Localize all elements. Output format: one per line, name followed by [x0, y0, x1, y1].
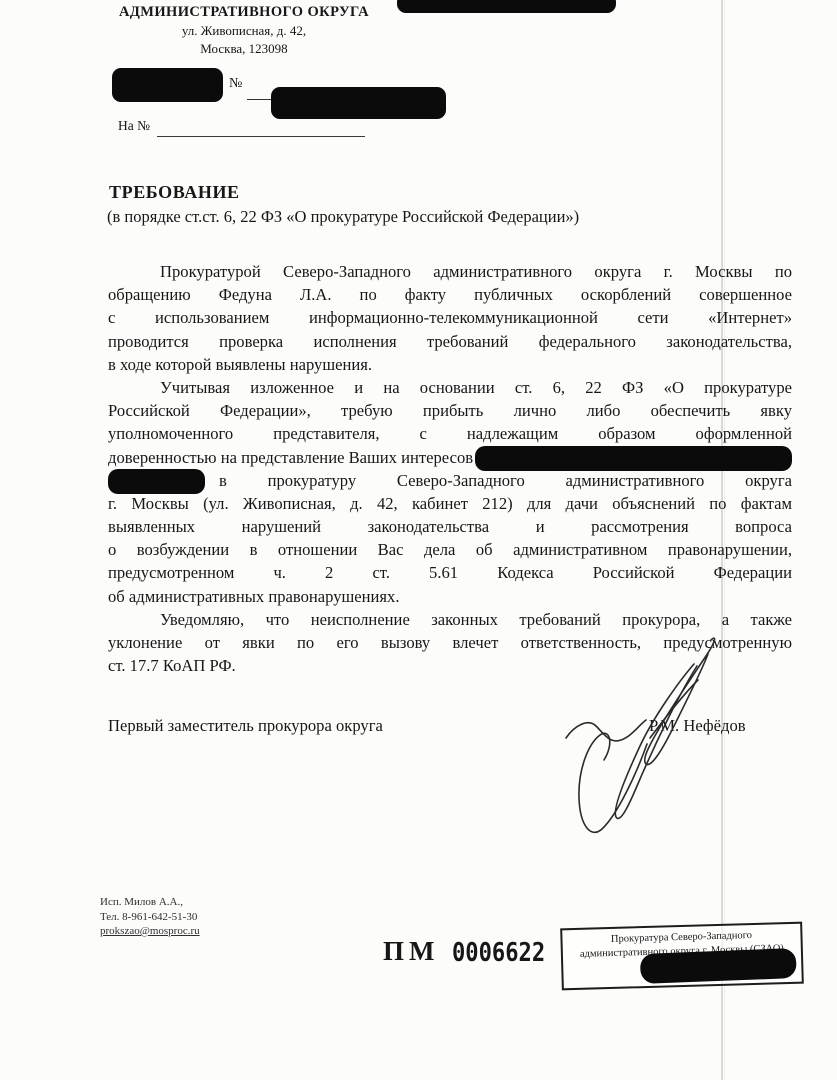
paragraph-2-line: доверенностью на представление Ваших инт…: [108, 446, 473, 469]
paragraph-2-line-with-redaction: в прокуратуру Северо-Западного администр…: [108, 469, 792, 492]
letterhead-address-street: ул. Живописная, д. 42,: [58, 22, 430, 40]
redaction-outgoing-number: [271, 87, 446, 119]
handwritten-signature: [558, 628, 773, 843]
redaction-name: [108, 469, 205, 494]
reply-ref-label: На №: [118, 118, 150, 134]
paragraph-2-line: предусмотренном ч. 2 ст. 5.61 Кодекса Ро…: [108, 561, 792, 584]
paragraph-2-line: г. Москвы (ул. Живописная, д. 42, кабине…: [108, 492, 792, 515]
redaction-date: [112, 68, 223, 102]
registration-stamp: Прокуратура Северо-Западного администрат…: [560, 922, 804, 991]
executor-contact-block: Исп. Милов А.А., Тел. 8-961-642-51-30 pr…: [100, 895, 200, 939]
paragraph-2-line: уполномоченного представителя, с надлежа…: [108, 422, 792, 445]
paragraph-1-line: обращению Федуна Л.А. по факту публичных…: [108, 283, 792, 306]
paragraph-2-line: в прокуратуру Северо-Западного администр…: [219, 469, 792, 492]
document-counter: 0006622: [452, 938, 545, 968]
letterhead: АДМИНИСТРАТИВНОГО ОКРУГА ул. Живописная,…: [58, 2, 430, 58]
document-subtitle: (в порядке ст.ст. 6, 22 ФЗ «О прокуратур…: [107, 207, 579, 227]
document-body: Прокуратурой Северо-Западного администра…: [108, 260, 792, 677]
number-sign: №: [229, 76, 242, 92]
paragraph-2-line: выявленных нарушений законодательства и …: [108, 515, 792, 538]
paragraph-1-line: в ходе которой выявлены нарушения.: [108, 353, 792, 376]
scanned-document-page: АДМИНИСТРАТИВНОГО ОКРУГА ул. Живописная,…: [0, 0, 837, 1080]
executor-name: Исп. Милов А.А.,: [100, 895, 200, 910]
paragraph-2-line: об административных правонарушениях.: [108, 585, 792, 608]
executor-phone: Тел. 8-961-642-51-30: [100, 910, 200, 925]
paragraph-2-line: Учитывая изложенное и на основании ст. 6…: [108, 376, 792, 399]
pm-mark: ПМ: [383, 936, 440, 967]
letterhead-org-line: АДМИНИСТРАТИВНОГО ОКРУГА: [58, 2, 430, 22]
redaction-stamp-field: [640, 948, 797, 984]
paragraph-1-line: с использованием информационно-телекомму…: [108, 306, 792, 329]
signatory-position: Первый заместитель прокурора округа: [108, 716, 383, 736]
paragraph-2-line-with-redaction: доверенностью на представление Ваших инт…: [108, 446, 792, 469]
paragraph-1-line: Прокуратурой Северо-Западного администра…: [108, 260, 792, 283]
paragraph-2-line: о возбуждении в отношении Вас дела об ад…: [108, 538, 792, 561]
document-title: ТРЕБОВАНИЕ: [109, 182, 240, 203]
paragraph-2-line: Российской Федерации», требую прибыть ли…: [108, 399, 792, 422]
executor-email-link[interactable]: prokszao@mosproc.ru: [100, 924, 200, 939]
redaction-top-right: [397, 0, 616, 13]
redaction-interests: [475, 446, 792, 471]
letterhead-address-city: Москва, 123098: [58, 40, 430, 58]
paragraph-1-line: проводится проверка исполнения требовани…: [108, 330, 792, 353]
number-dash-line: [247, 99, 271, 100]
reply-ref-blank-line: [157, 116, 365, 137]
